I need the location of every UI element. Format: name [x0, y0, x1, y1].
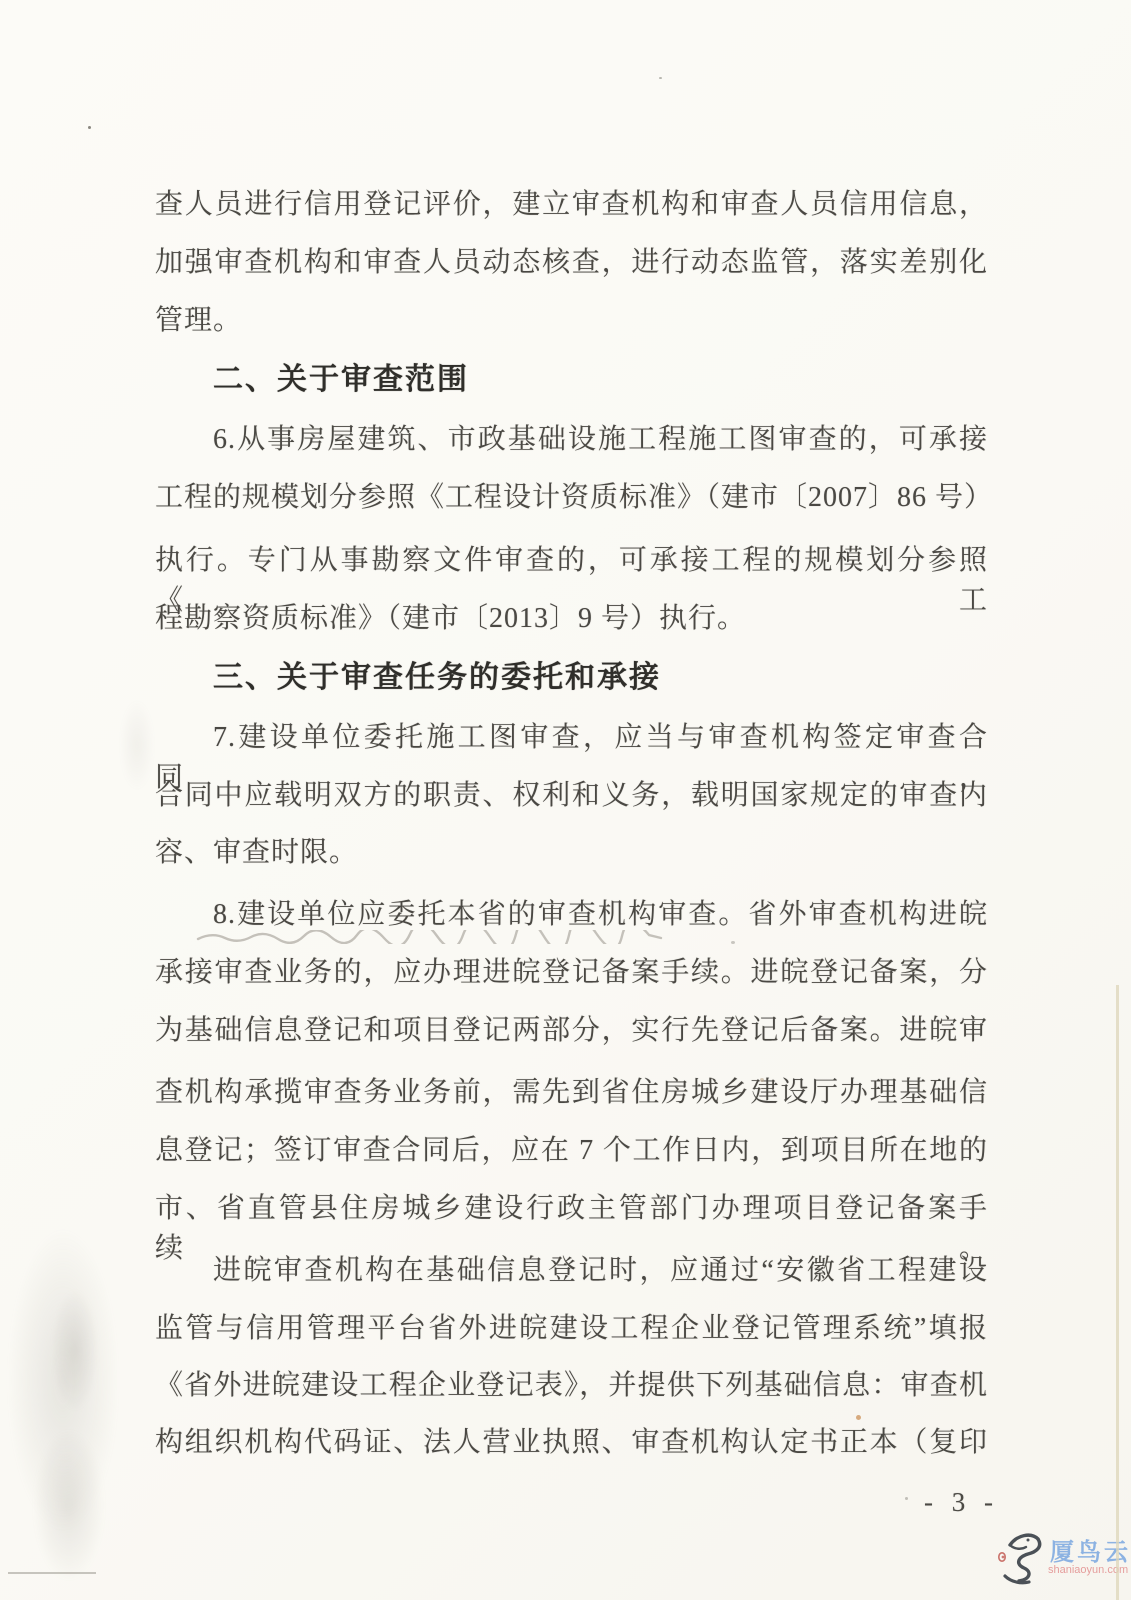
- scan-speck: [856, 1415, 861, 1420]
- body-line: 合同中应载明双方的职责、权利和义务，载明国家规定的审查内: [155, 776, 988, 816]
- scan-speck: [760, 1078, 764, 1082]
- scan-speck: [88, 126, 91, 129]
- body-line: 构组织机构代码证、法人营业执照、审查机构认定书正本（复印: [155, 1423, 988, 1463]
- body-line: 进皖审查机构在基础信息登记时，应通过“安徽省工程建设: [155, 1251, 988, 1291]
- scan-smudge: [120, 700, 154, 790]
- scan-speck: [659, 77, 662, 79]
- section-heading: 三、关于审查任务的委托和承接: [213, 658, 661, 698]
- body-line: 管理。: [155, 301, 988, 341]
- body-line: 为基础信息登记和项目登记两部分，实行先登记后备案。进皖审: [155, 1011, 988, 1051]
- body-line: 查人员进行信用登记评价，建立审查机构和审查人员信用信息，: [155, 185, 988, 225]
- body-line: 监管与信用管理平台省外进皖建设工程企业登记管理系统”填报: [155, 1309, 988, 1349]
- scan-smudge: [52, 1290, 98, 1410]
- body-line: 《省外进皖建设工程企业登记表》，并提供下列基础信息：审查机: [155, 1366, 988, 1406]
- watermark: 厦鸟云 shaniaoyun.com: [998, 1528, 1126, 1590]
- scan-smudge: [34, 1430, 104, 1580]
- scan-speck: [905, 1497, 908, 1500]
- scan-edge-line: [8, 1572, 96, 1574]
- page-number: - 3 -: [924, 1487, 999, 1518]
- wavy-underline-mark: [196, 930, 710, 944]
- body-line: 8.建设单位应委托本省的审查机构审查。省外审查机构进皖: [155, 895, 988, 935]
- scan-speck: [940, 247, 943, 250]
- scan-speck: [731, 941, 735, 944]
- body-line: 程勘察资质标准》（建市〔2013〕9 号）执行。: [155, 599, 988, 639]
- body-line: 容、审查时限。: [155, 833, 988, 873]
- body-line: 息登记；签订审查合同后，应在 7 个工作日内，到项目所在地的: [155, 1131, 988, 1171]
- section-heading: 二、关于审查范围: [213, 360, 469, 400]
- body-line: 承接审查业务的，应办理进皖登记备案手续。进皖登记备案，分: [155, 953, 988, 993]
- body-line: 查机构承揽审查务业务前，需先到省住房城乡建设厅办理基础信: [155, 1073, 988, 1113]
- body-line: 加强审查机构和审查人员动态核查，进行动态监管，落实差别化: [155, 243, 988, 283]
- scan-edge-line: [1116, 985, 1119, 1600]
- scanned-document-page: 查人员进行信用登记评价，建立审查机构和审查人员信用信息， 加强审查机构和审查人员…: [0, 0, 1131, 1600]
- body-line: 工程的规模划分参照《工程设计资质标准》（建市〔2007〕86 号）: [155, 478, 988, 518]
- bird-logo-icon: [998, 1530, 1048, 1586]
- body-line: 6.从事房屋建筑、市政基础设施工程施工图审查的，可承接: [155, 420, 988, 460]
